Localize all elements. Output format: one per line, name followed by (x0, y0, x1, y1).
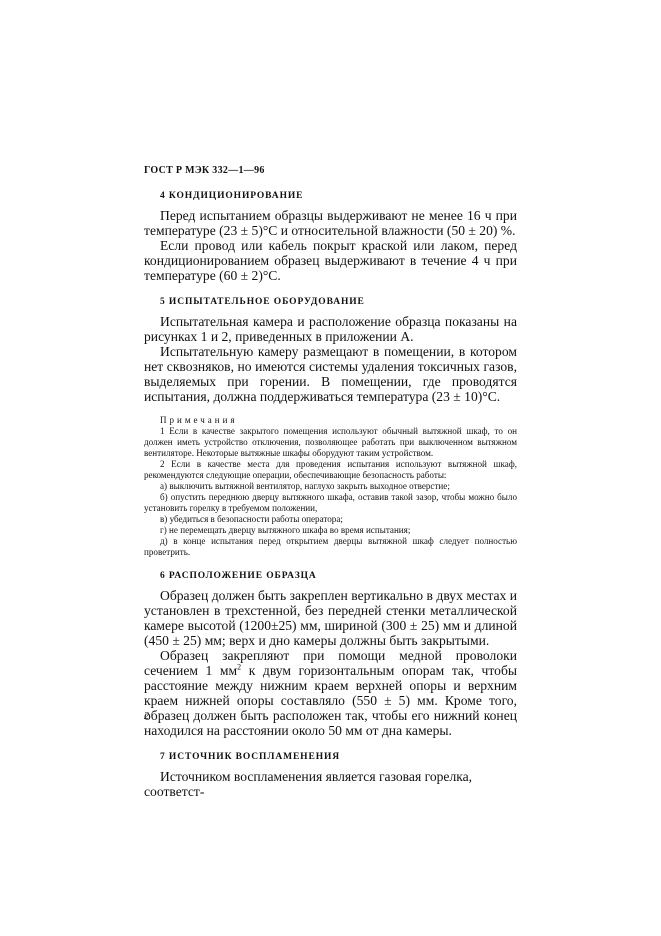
paragraph: Испытательная камера и расположение обра… (144, 314, 517, 344)
paragraph: Источником воспламенения является газова… (144, 769, 517, 799)
paragraph: Если провод или кабель покрыт краской ил… (144, 238, 517, 283)
section-title-6: 6 РАСПОЛОЖЕНИЕ ОБРАЗЦА (160, 570, 517, 582)
notes-heading: Примечания (160, 415, 517, 426)
running-head: ГОСТ Р МЭК 332—1—96 (144, 164, 517, 178)
note-item: д) в конце испытания перед открытием две… (144, 536, 517, 558)
note-item: б) опустить переднюю дверцу вытяжного шк… (144, 492, 517, 514)
page-number: 2 (144, 711, 149, 722)
note-item: г) не перемещать дверцу вытяжного шкафа … (144, 525, 517, 536)
note-item: а) выключить вытяжной вентилятор, наглух… (144, 481, 517, 492)
paragraph: Образец закрепляют при помощи медной про… (144, 648, 517, 738)
document-page: ГОСТ Р МЭК 332—1—96 4 КОНДИЦИОНИРОВАНИЕ … (144, 164, 517, 799)
section-title-7: 7 ИСТОЧНИК ВОСПЛАМЕНЕНИЯ (160, 751, 517, 763)
note-item: 1 Если в качестве закрытого помещения ис… (144, 426, 517, 459)
superscript: 2 (237, 662, 241, 671)
paragraph: Испытательную камеру размещают в помещен… (144, 344, 517, 404)
note-item: 2 Если в качестве места для проведения и… (144, 459, 517, 481)
section-title-4: 4 КОНДИЦИОНИРОВАНИЕ (160, 190, 517, 202)
paragraph: Образец должен быть закреплен вертикальн… (144, 588, 517, 648)
note-item: в) убедиться в безопасности работы опера… (144, 514, 517, 525)
section-title-5: 5 ИСПЫТАТЕЛЬНОЕ ОБОРУДОВАНИЕ (160, 296, 517, 308)
paragraph: Перед испытанием образцы выдерживают не … (144, 208, 517, 238)
